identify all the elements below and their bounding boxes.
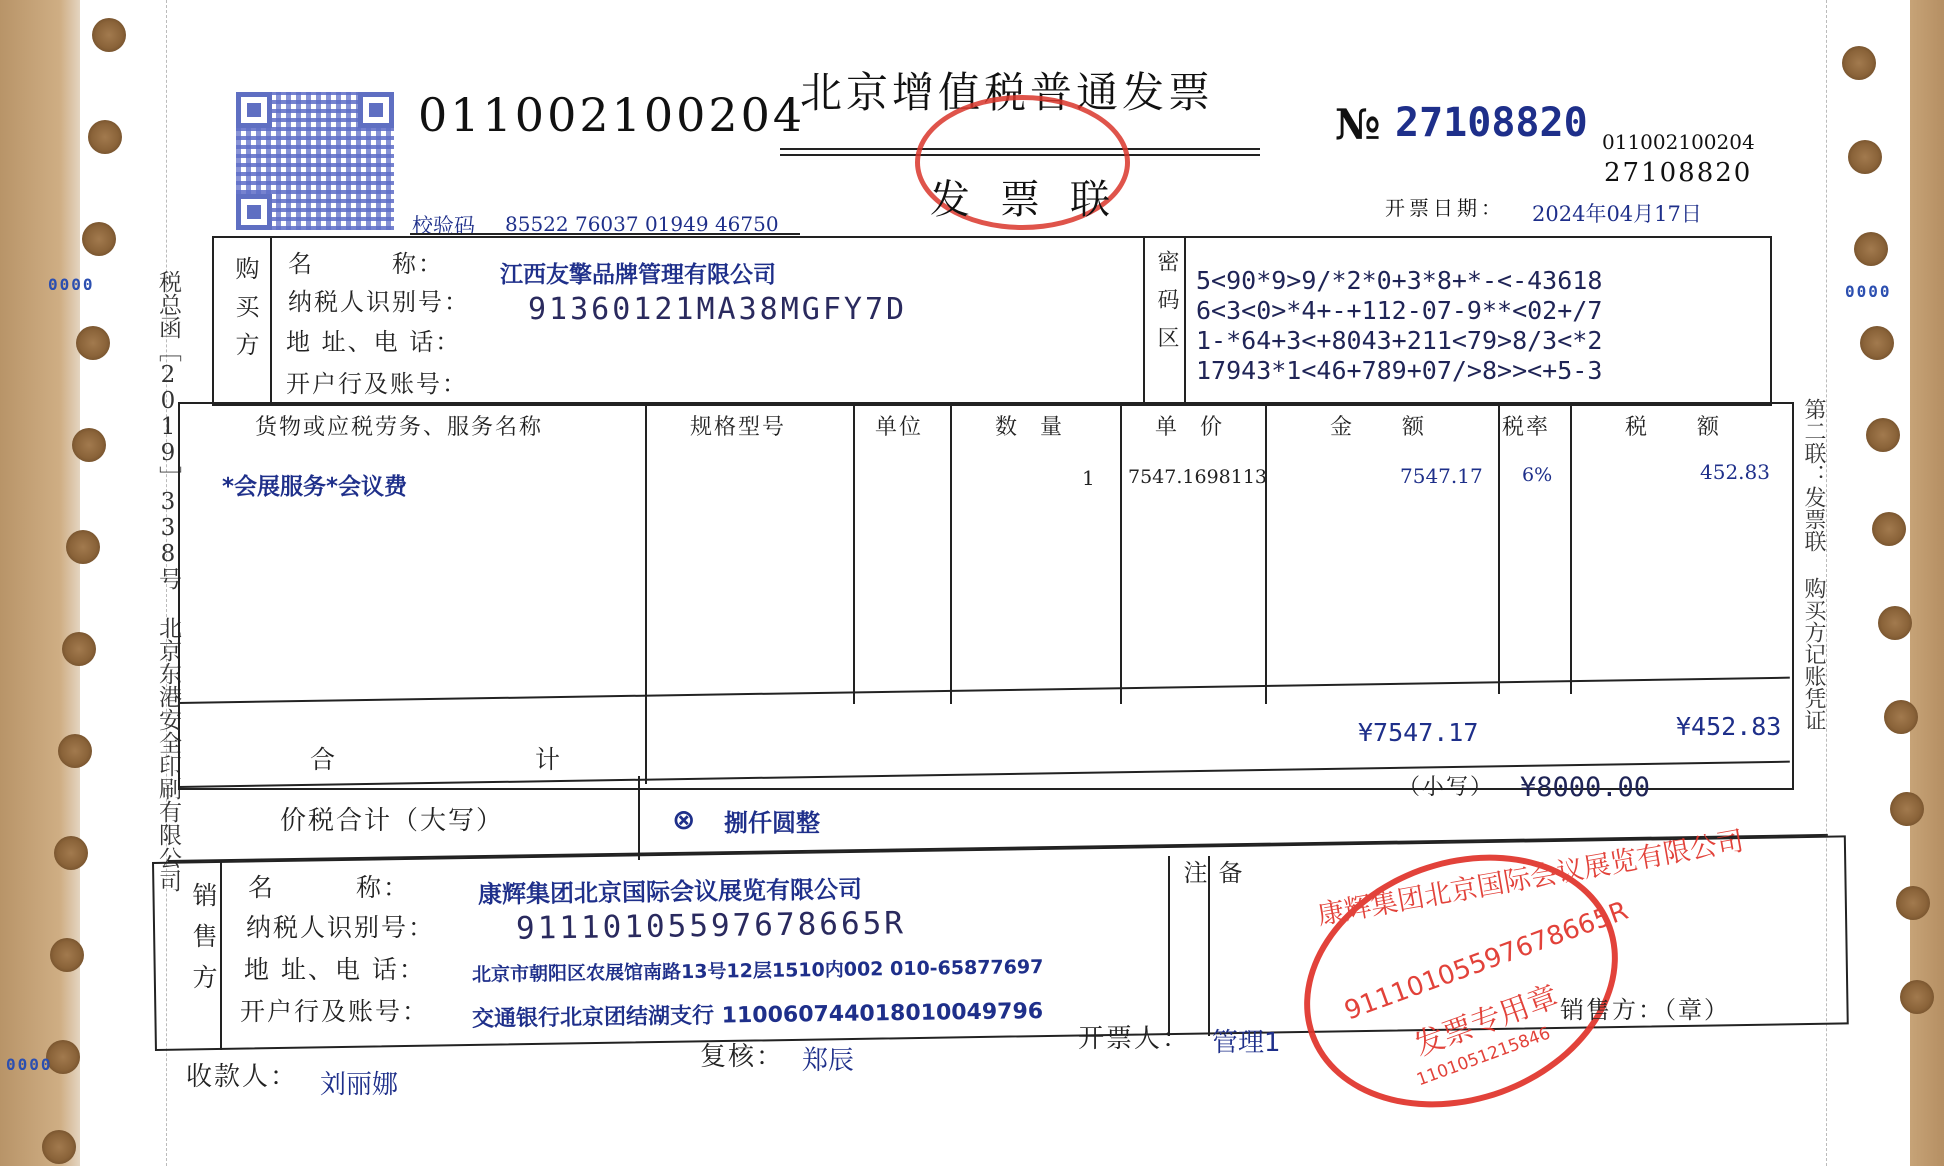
- tractor-hole: [1872, 512, 1906, 546]
- tractor-hole: [76, 326, 110, 360]
- copy-purpose-note: 第二联：发票联 购买方记账凭证: [1798, 398, 1829, 798]
- printed-code: 011002100204: [1602, 130, 1755, 154]
- reviewer-label: 复核：: [700, 1036, 784, 1073]
- seller-section-label: 销售方: [185, 882, 221, 1032]
- qr-code: [236, 92, 394, 230]
- issuer-label: 开票人：: [1078, 1018, 1190, 1055]
- tractor-hole: [58, 734, 92, 768]
- tractor-hole: [54, 836, 88, 870]
- grand-total-lowercase-label: （小写）: [1398, 770, 1494, 801]
- seller-seal-label: 销售方：（章）: [1560, 990, 1730, 1025]
- invoice-no-symbol: №: [1335, 100, 1381, 149]
- invoice-number: 27108820: [1395, 100, 1588, 146]
- seller-address-label: 地 址、电 话：: [244, 950, 426, 986]
- tractor-hole: [1900, 980, 1934, 1014]
- header-tax-amount: 税 额: [1625, 410, 1721, 441]
- perforation-mark-left-bottom: 0000: [6, 1055, 53, 1074]
- header-tax-rate: 税率: [1502, 410, 1550, 441]
- buyer-name: 江西友擎品牌管理有限公司: [500, 256, 776, 289]
- password-area: 5<90*9>9/*2*0+3*8+*-<-43618 6<3<0>*4+-+1…: [1196, 266, 1602, 386]
- header-spec: 规格型号: [690, 410, 786, 441]
- buyer-section-label: 购买方: [228, 256, 263, 396]
- col-divider: [1498, 404, 1500, 694]
- col-divider: [950, 404, 952, 704]
- remarks-label: 备注: [1176, 860, 1246, 980]
- item-tax-amount: 452.83: [1700, 460, 1770, 484]
- invoice-code: 011002100204: [418, 88, 805, 142]
- qr-finder-icon: [236, 92, 272, 128]
- check-code-underline: [410, 233, 800, 235]
- seller-name: 康辉集团北京国际会议展览有限公司: [478, 869, 862, 909]
- tractor-hole: [50, 938, 84, 972]
- buyer-tax-id-label: 纳税人识别号：: [288, 282, 470, 317]
- tractor-hole: [82, 222, 116, 256]
- qr-finder-icon: [358, 92, 394, 128]
- item-unit-price: 7547.1698113: [1128, 466, 1267, 488]
- item-name: *会展服务*会议费: [222, 468, 407, 501]
- tractor-hole: [72, 428, 106, 462]
- tractor-hole: [66, 530, 100, 564]
- col-divider: [1265, 404, 1267, 704]
- buyer-bank-label: 开户行及账号：: [286, 364, 468, 399]
- total-tax: ¥452.83: [1676, 712, 1781, 741]
- item-quantity: 1: [1082, 466, 1095, 490]
- tractor-hole: [1860, 326, 1894, 360]
- tractor-hole: [1878, 606, 1912, 640]
- tractor-hole: [88, 120, 122, 154]
- tractor-hole: [1854, 232, 1888, 266]
- divider: [1184, 236, 1186, 404]
- issuer: 管理1: [1212, 1022, 1281, 1059]
- header-item-name: 货物或应税劳务、服务名称: [255, 410, 543, 441]
- grand-total-uppercase: 捌仟圆整: [724, 803, 820, 838]
- divider: [1168, 856, 1170, 1036]
- password-line: 6<3<0>*4+-+112-07-9**<02+/7: [1196, 296, 1602, 326]
- buyer-name-label: 名 称：: [288, 244, 444, 279]
- total-amount: ¥7547.17: [1358, 718, 1478, 747]
- item-amount: 7547.17: [1400, 464, 1483, 488]
- item-tax-rate: 6%: [1522, 464, 1552, 486]
- grand-total-lowercase: ¥8000.00: [1520, 772, 1650, 803]
- seller-name-label: 名 称：: [248, 868, 410, 904]
- perforation-mark-left: 0000: [48, 275, 95, 294]
- total-label: 合 计: [310, 740, 580, 776]
- seller-tax-id-label: 纳税人识别号：: [246, 908, 435, 944]
- header-amount: 金 额: [1330, 410, 1426, 441]
- qr-finder-icon: [236, 194, 272, 230]
- col-divider: [645, 404, 647, 784]
- issue-date-label: 开票日期：: [1385, 192, 1505, 221]
- header-unit: 单位: [875, 410, 923, 441]
- password-line: 5<90*9>9/*2*0+3*8+*-<-43618: [1196, 266, 1602, 296]
- reviewer: 郑辰: [802, 1040, 854, 1077]
- col-divider: [1120, 404, 1122, 704]
- tractor-hole: [1842, 46, 1876, 80]
- circle-x-icon: ⊗: [672, 803, 695, 836]
- seller-tax-id: 91110105597678665R: [516, 905, 906, 946]
- printed-number: 27108820: [1604, 158, 1752, 188]
- tractor-hole: [92, 18, 126, 52]
- tractor-hole: [1890, 792, 1924, 826]
- col-divider: [1570, 404, 1572, 694]
- buyer-tax-id: 91360121MA38MGFY7D: [528, 292, 907, 327]
- tractor-hole: [42, 1130, 76, 1164]
- issue-date: 2024年04月17日: [1532, 198, 1702, 228]
- header-unit-price: 单 价: [1155, 410, 1230, 441]
- perforation-mark-right: 0000: [1845, 282, 1892, 301]
- seller-bank-label: 开户行及账号：: [240, 992, 429, 1028]
- buyer-address-label: 地 址、电 话：: [286, 322, 461, 357]
- password-line: 1-*64+3<+8043+211<79>8/3<*2: [1196, 326, 1602, 356]
- header-quantity: 数 量: [995, 410, 1070, 441]
- payee: 刘丽娜: [320, 1064, 398, 1101]
- tractor-hole: [62, 632, 96, 666]
- tractor-hole: [1884, 700, 1918, 734]
- password-line: 17943*1<46+789+07/>8>><+5-3: [1196, 356, 1602, 386]
- divider: [1143, 236, 1145, 404]
- tractor-hole: [1866, 418, 1900, 452]
- divider: [638, 776, 640, 860]
- col-divider: [853, 404, 855, 704]
- tractor-hole: [1848, 140, 1882, 174]
- grand-total-label: 价税合计（大写）: [280, 800, 504, 837]
- password-area-label: 密码区: [1151, 250, 1182, 400]
- payee-label: 收款人：: [186, 1056, 298, 1093]
- tractor-hole: [1896, 886, 1930, 920]
- copy-name: 发票联: [930, 168, 1140, 225]
- items-table: [178, 402, 1794, 790]
- divider: [270, 236, 272, 404]
